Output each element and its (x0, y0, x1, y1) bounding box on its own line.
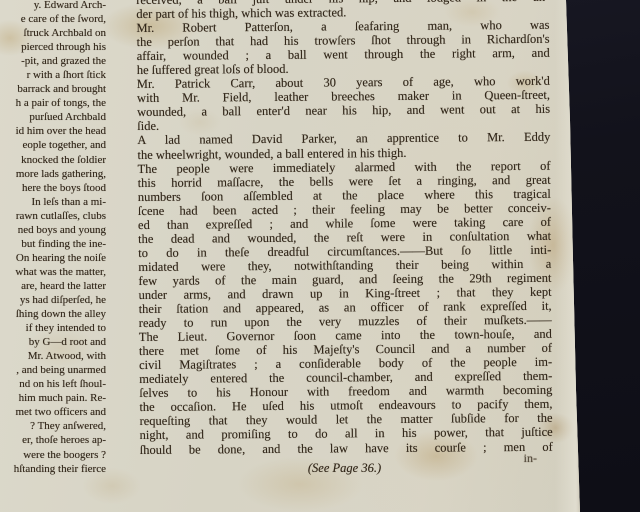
left-column-text-line: were the boogers ? (0, 449, 106, 463)
left-column-text-line: In leſs than a mi- (0, 196, 106, 210)
left-column-text-line: what was the matter, (0, 266, 106, 280)
right-column-text-line: ſhould be done, and the law have its cou… (140, 439, 553, 456)
left-column-text-line: here the boys ſtood (0, 182, 106, 196)
left-column-text-line: pierced through his (0, 41, 106, 55)
left-column-text-line: by G—d root and (0, 336, 106, 350)
left-column-lines: y. Edward Arch-e care of the ſword,ſtruc… (0, 0, 106, 477)
left-column-text-line: if they intended to (0, 322, 106, 336)
left-column-text-line: , and being unarmed (0, 364, 106, 378)
left-column-text-line: nd on his left ſhoul- (0, 378, 106, 392)
paper-right-edge (555, 0, 585, 512)
left-column-text-line: but finding the ine- (0, 238, 106, 252)
left-column-text-line: barrack and brought (0, 83, 106, 97)
left-column-text-line: ned boys and young (0, 224, 106, 238)
left-column-text-line: r with a ſhort ſtick (0, 69, 106, 83)
left-column-text-line: ? They anſwered, (0, 420, 106, 434)
left-column-text-line: hſtanding their fierce (0, 463, 106, 477)
left-column-text-line: him much pain. Re- (0, 392, 106, 406)
left-column-text-line: eople together, and (0, 139, 106, 153)
left-column-text-line: h a pair of tongs, the (0, 97, 106, 111)
left-column-text-line: id him over the head (0, 125, 106, 139)
left-column-text-line: met two officers and (0, 406, 106, 420)
left-column-text-line: are, heard the latter (0, 280, 106, 294)
left-column-text-line: -pit, and grazed the (0, 55, 106, 69)
newspaper-page: y. Edward Arch-e care of the ſword,ſtruc… (0, 0, 640, 512)
left-column-text-line: er, thoſe heroes ap- (0, 434, 106, 448)
right-column-lines: received, a ball juſt under his hip, and… (136, 0, 553, 457)
left-column-text-line: e care of the ſword, (0, 13, 106, 27)
left-column-text-line: more lads gathering, (0, 168, 106, 182)
left-column-text-line: Mr. Atwood, with (0, 350, 106, 364)
catchword: in- (524, 451, 537, 466)
left-column-text-line: On hearing the noiſe (0, 252, 106, 266)
newspaper-photo: y. Edward Arch-e care of the ſword,ſtruc… (0, 0, 640, 512)
left-column-text-line: rawn cutlaſſes, clubs (0, 210, 106, 224)
left-column-text-line: purſued Archbald (0, 111, 106, 125)
left-column-text-line: y. Edward Arch- (0, 0, 106, 13)
left-column-text-line: knocked the ſoldier (0, 154, 106, 168)
left-column-text-line: ſhing down the alley (0, 308, 106, 322)
see-page-note: (See Page 36.) (138, 461, 551, 476)
page-footer: (See Page 36.) in- (138, 461, 551, 483)
left-column-text-line: ys had diſperſed, he (0, 294, 106, 308)
left-column-text-line: ſtruck Archbald on (0, 27, 106, 41)
